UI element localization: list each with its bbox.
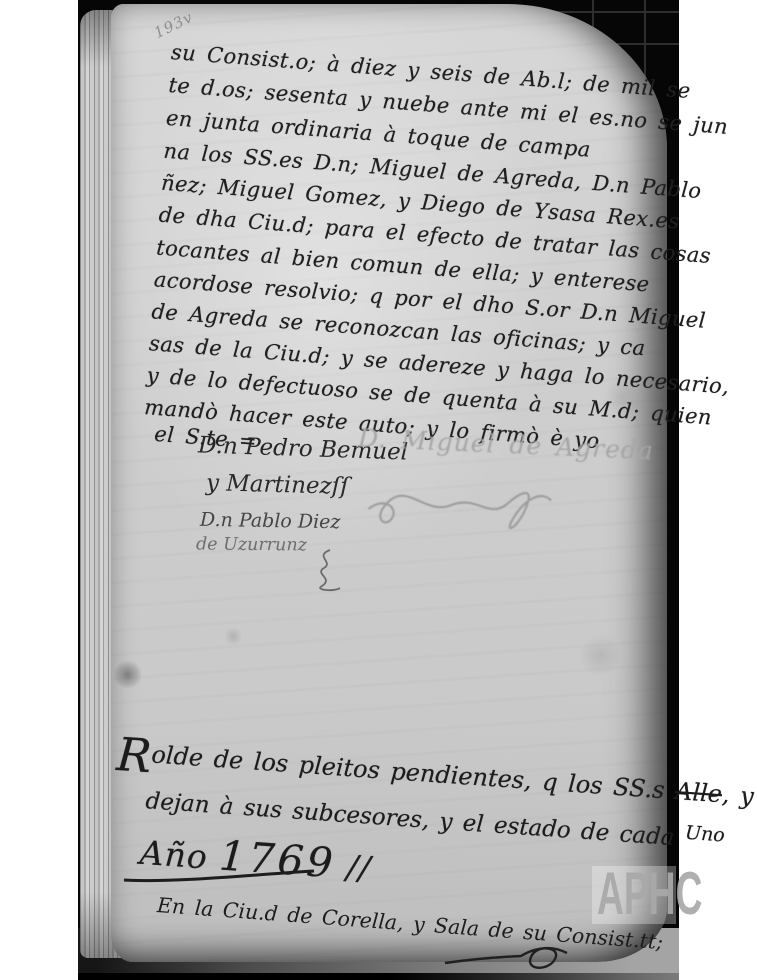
- signature-pablo-diez: D.n Pablo Diez: [200, 509, 341, 533]
- signature-uzurrunz: de Uzurrunz: [196, 535, 307, 556]
- faint-rubric-flourish: [363, 457, 567, 545]
- table-shadow-edge: [78, 973, 679, 980]
- small-rubric-flourish: [300, 548, 348, 594]
- heading-struck-word: Alle: [674, 777, 723, 808]
- line2-raised-word: Uno: [684, 822, 725, 847]
- signature-martinez: y Martinezſſ: [206, 470, 349, 500]
- body-paragraph: su Consist.o; à diez y seis de Ab.l; de …: [141, 40, 675, 489]
- watermark-text: APHC: [597, 864, 702, 924]
- manuscript-photo-page: 193v su Consist.o; à diez y seis de Ab.l…: [0, 0, 757, 980]
- heading-text: , y Rex.s;: [721, 780, 757, 817]
- heading-initial: R: [115, 727, 153, 783]
- year-underline-flourish: [122, 868, 317, 884]
- closing-paraph-flourish: [443, 941, 571, 975]
- year-suffix: //: [334, 847, 372, 888]
